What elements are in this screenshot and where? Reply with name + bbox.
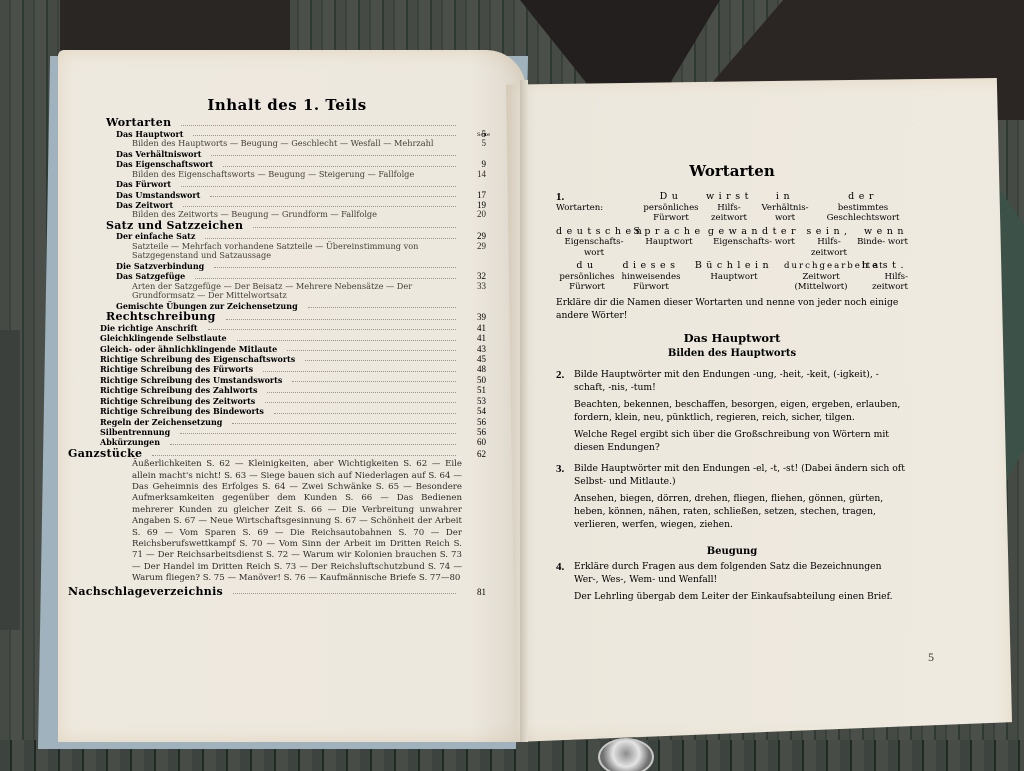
toc-entry: Das Umstandswort17 [68,190,486,200]
toc-subentry: Bilden des Hauptworts — Beugung — Geschl… [68,139,486,149]
exercise-1-task: Erkläre dir die Namen dieser Wortarten u… [556,296,908,322]
toc-entry: Das Verhältniswort [68,149,486,159]
toc-entry: Silbentrennung56 [68,427,486,437]
toc-entry: Richtige Schreibung des Fürworts48 [68,364,486,374]
toc-entry: Richtige Schreibung des Eigenschaftswort… [68,354,486,364]
toc-entry: Regeln der Zeichensetzung56 [68,417,486,427]
toc-section-ganzstuecke: Ganzstücke62 [68,449,486,459]
toc-subentry: Satzteile — Mehrfach vorhandene Satzteil… [68,242,486,261]
exercise-1: 1.Duwirstinder Wortarten:persönliches Fü… [556,192,908,322]
table-of-contents: Inhalt des 1. Teils Seite Wortarten Das … [68,100,486,597]
toc-subentry: Arten der Satzgefüge — Der Beisatz — Meh… [68,282,486,301]
toc-entry: Das Fürwort [68,179,486,189]
toc-entry: Die Satzverbindung [68,261,486,271]
exercise-2: 2. Bilde Hauptwörter mit den Endungen -u… [556,368,908,458]
toc-entry: Gleich- oder ähnlichklingende Mitlaute43 [68,344,486,354]
toc-entry: Richtige Schreibung des Zahlworts51 [68,385,486,395]
coin [598,738,654,771]
page-number: 5 [928,650,934,665]
toc-title: Inhalt des 1. Teils [68,100,486,110]
toc-entry: Die richtige Anschrift41 [68,323,486,333]
toc-entry: Richtige Schreibung des Umstandsworts50 [68,375,486,385]
section-heading: Das Hauptwort [556,332,908,345]
toc-entry: Richtige Schreibung des Zeitworts53 [68,396,486,406]
subsection-heading: Bilden des Hauptworts [556,347,908,360]
ganzstuecke-text: Äußerlichkeiten S. 62 — Kleinigkeiten, a… [68,459,486,584]
toc-section-wortarten: Wortarten [68,118,486,128]
subsection-heading-beugung: Beugung [556,545,908,558]
toc-entry: Gleichklingende Selbstlaute41 [68,333,486,343]
toc-subentry: Bilden des Eigenschaftsworts — Beugung —… [68,170,486,180]
right-page-content: Wortarten 1.Duwirstinder Wortarten:persö… [556,165,908,611]
toc-entry: Richtige Schreibung des Bindeworts54 [68,406,486,416]
exercise-4: 4. Erkläre durch Fragen aus dem folgende… [556,560,908,607]
toc-section-nachschlageverzeichnis: Nachschlageverzeichnis81 [68,587,486,597]
book-spine [520,80,528,742]
exercise-3: 3. Bilde Hauptwörter mit den Endungen -e… [556,462,908,535]
toc-section-rechtschreibung: Rechtschreibung39 [68,312,486,322]
page-title: Wortarten [556,165,908,178]
toc-section-satz: Satz und Satzzeichen [68,221,486,231]
